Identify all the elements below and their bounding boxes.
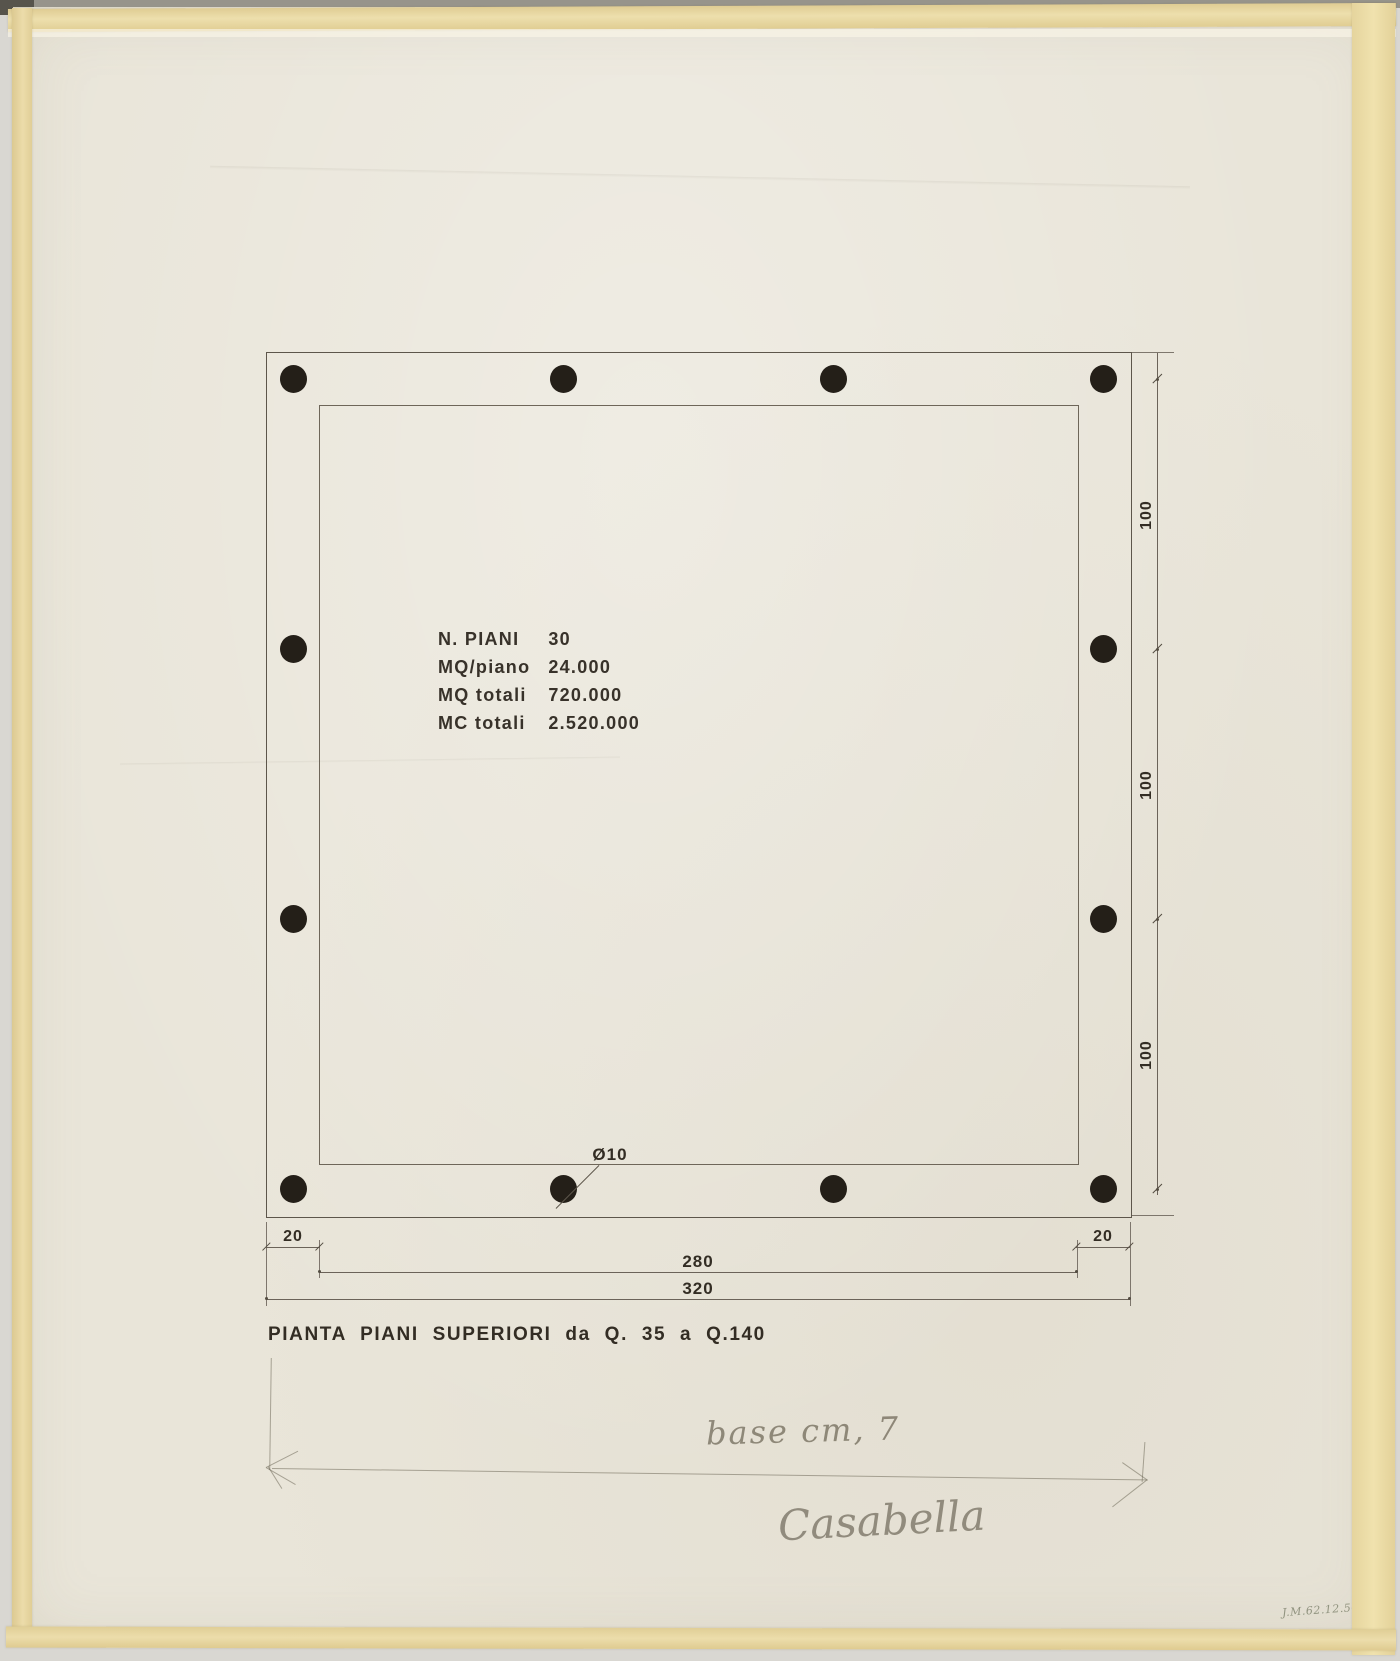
column-dot bbox=[820, 365, 847, 393]
dim-tick-dot bbox=[318, 1270, 321, 1273]
tape-right bbox=[1352, 3, 1395, 1655]
info-row: MQ totali 720.000 bbox=[438, 685, 640, 713]
column-dot bbox=[280, 905, 307, 933]
dim-tick-dot bbox=[1156, 648, 1159, 651]
info-value: 720.000 bbox=[548, 685, 622, 705]
info-label: N. PIANI bbox=[438, 629, 542, 650]
drawing-title: PIANTA PIANI SUPERIORI da Q. 35 a Q.140 bbox=[268, 1324, 766, 1346]
info-row: N. PIANI 30 bbox=[438, 629, 640, 657]
dim-tick-dot bbox=[1156, 918, 1159, 921]
dim-tick-dot bbox=[1156, 1188, 1159, 1191]
floor-info-table: N. PIANI 30 MQ/piano 24.000 MQ totali 72… bbox=[438, 629, 640, 741]
dim-tick-dot bbox=[1128, 1297, 1131, 1300]
dim-line-vertical bbox=[1157, 353, 1158, 1195]
dim-label-320: 320 bbox=[668, 1279, 728, 1299]
dim-tick-dot bbox=[1156, 378, 1159, 381]
dim-label-100: 100 bbox=[1138, 493, 1156, 537]
dim-label-20-left: 20 bbox=[273, 1228, 313, 1246]
info-row: MC totali 2.520.000 bbox=[438, 713, 640, 741]
dim-tick-dot bbox=[1075, 1270, 1078, 1273]
dim-extension-line bbox=[1132, 1215, 1174, 1216]
dim-extension-line bbox=[266, 1222, 267, 1306]
pencil-note: base cm, 7 bbox=[706, 1409, 901, 1452]
dim-line-20-left bbox=[266, 1247, 320, 1248]
tape-bottom bbox=[6, 1627, 1396, 1651]
dim-line-20-right bbox=[1076, 1247, 1130, 1248]
diameter-callout-label: Ø10 bbox=[580, 1145, 640, 1165]
plan-inner-wall bbox=[319, 405, 1079, 1165]
column-dot bbox=[1090, 635, 1117, 663]
column-dot bbox=[1090, 905, 1117, 933]
dim-label-20-right: 20 bbox=[1083, 1228, 1123, 1246]
dim-tick-dot bbox=[265, 1297, 268, 1300]
dim-extension-line bbox=[1130, 1222, 1131, 1306]
column-dot bbox=[280, 365, 307, 393]
tape-top-highlight bbox=[8, 29, 1396, 37]
dim-label-100: 100 bbox=[1138, 1033, 1156, 1077]
column-dot bbox=[1090, 365, 1117, 393]
info-label: MC totali bbox=[438, 713, 542, 734]
info-value: 24.000 bbox=[548, 657, 611, 677]
info-value: 2.520.000 bbox=[548, 713, 640, 733]
dim-label-280: 280 bbox=[668, 1252, 728, 1272]
column-dot bbox=[550, 365, 577, 393]
info-value: 30 bbox=[548, 629, 571, 649]
tape-left bbox=[12, 8, 32, 1644]
info-row: MQ/piano 24.000 bbox=[438, 657, 640, 685]
column-dot bbox=[280, 635, 307, 663]
dim-extension-line bbox=[1132, 352, 1174, 353]
column-dot bbox=[820, 1175, 847, 1203]
column-dot bbox=[280, 1175, 307, 1203]
dim-label-100: 100 bbox=[1138, 763, 1156, 807]
info-label: MQ/piano bbox=[438, 657, 542, 678]
column-dot bbox=[1090, 1175, 1117, 1203]
info-label: MQ totali bbox=[438, 685, 542, 706]
